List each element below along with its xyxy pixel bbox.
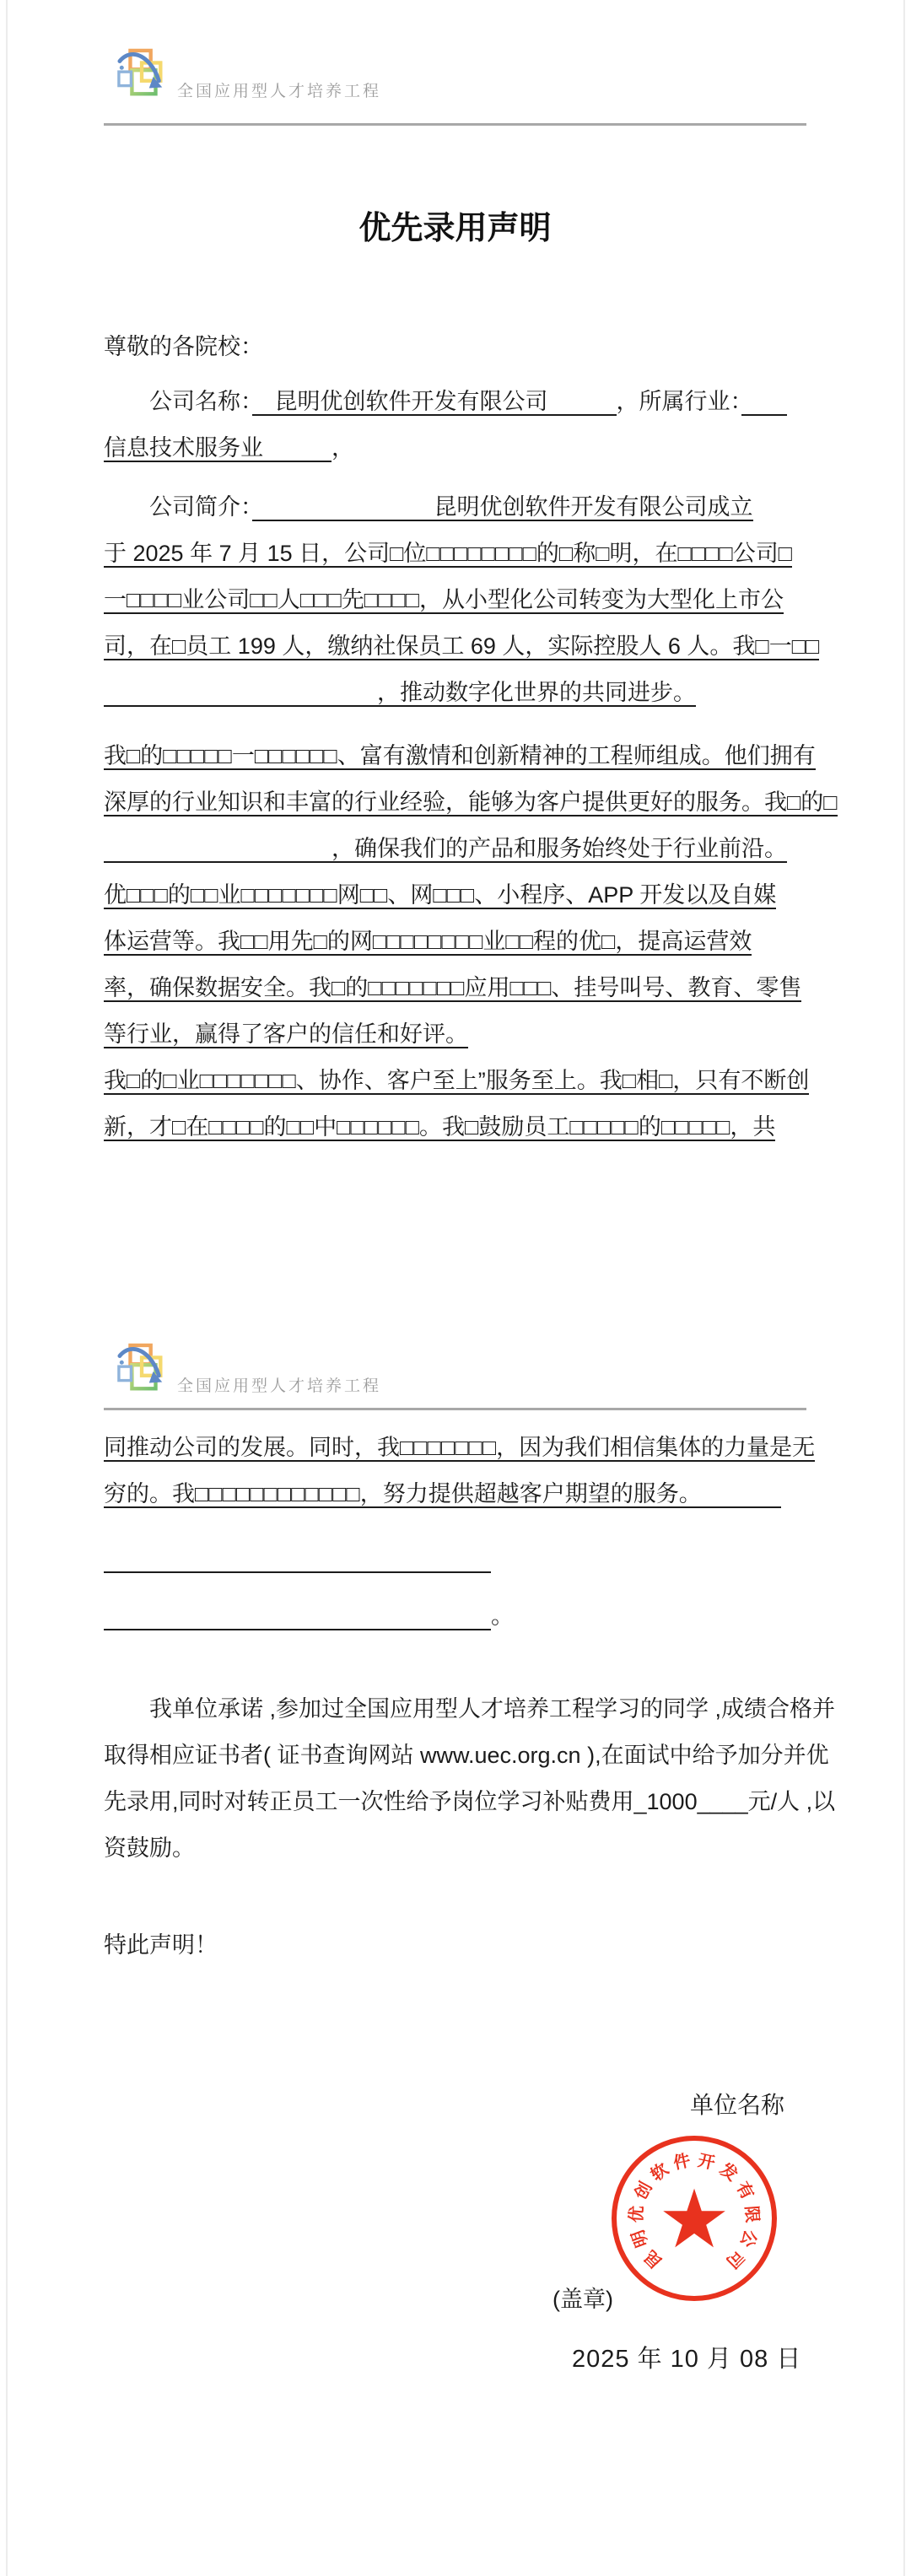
plain-text: ，所属行业：	[617, 389, 742, 414]
text-line: 公司名称： 昆明优创软件开发有限公司 ，所属行业：	[104, 379, 806, 425]
signature-block: 单位名称 ★ 昆明优创软件开发有限公司 (盖章) 2025 年 10 月 08 …	[0, 1969, 911, 2574]
text-line: 等行业，赢得了客户的信任和好评。	[104, 1011, 806, 1058]
seal-text-char: 件	[670, 2150, 694, 2175]
unit-name-label: 单位名称	[690, 2087, 784, 2121]
underlined-text: 于 2025 年 7 月 15 日，公司□位□□□□□□□□的□称□明，在□□□…	[104, 541, 792, 568]
seal-note: (盖章)	[553, 2281, 613, 2314]
underlined-text: 穷的。我□□□□□□□□□□□□，努力提供超越客户期望的服务。	[104, 1481, 781, 1508]
header-divider	[104, 1408, 806, 1410]
plain-text: 尊敬的各院校：	[104, 334, 263, 359]
text-line: 我□的□□□□□一□□□□□□、富有激情和创新精神的工程师组成。他们拥有	[104, 733, 806, 779]
text-line: 。	[104, 1593, 806, 1640]
page-header: 全国应用型人才培养工程	[116, 1342, 911, 1398]
text-line: 信息技术服务业 ，	[104, 425, 806, 472]
underlined-text	[104, 1546, 491, 1573]
underlined-text: 司，在□员工 199 人，缴纳社保员工 69 人，实际控股人 6 人。我□一□□	[104, 633, 819, 660]
closing-statement: 特此声明！	[104, 1922, 911, 1969]
text-line: 我□的□业□□□□□□□、协作、客户至上”服务至上。我□相□，只有不断创	[104, 1058, 806, 1104]
page-header: 全国应用型人才培养工程	[116, 0, 911, 103]
page-2: 全国应用型人才培养工程 同推动公司的发展。同时，我□□□□□□□，因为我们相信集…	[0, 1342, 911, 2574]
underlined-text: 信息技术服务业	[104, 435, 332, 462]
plain-text: 。	[491, 1603, 514, 1629]
plain-text: ，	[332, 435, 354, 461]
text-line: 同推动公司的发展。同时，我□□□□□□□，因为我们相信集体的力量是无	[104, 1425, 806, 1471]
document-title: 优先录用声明	[104, 210, 806, 247]
text-line: 体运营等。我□□用先□的网□□□□□□□□业□□程的优□，提高运营效	[104, 919, 806, 965]
text-line: 一□□□□业公司□□人□□□先□□□□，从小型化公司转变为大型化上市公	[104, 577, 806, 623]
header-divider	[104, 123, 806, 126]
text-line: 穷的。我□□□□□□□□□□□□，努力提供超越客户期望的服务。	[104, 1471, 806, 1517]
text-line: 优□□□的□□业□□□□□□□网□□、网□□□、小程序、APP 开发以及自媒	[104, 872, 806, 919]
underlined-text	[741, 389, 787, 416]
underlined-text: 昆明优创软件开发有限公司	[252, 389, 617, 416]
underlined-text: 昆明优创软件开发有限公司成立	[252, 494, 753, 521]
brand-name: 全国应用型人才培养工程	[177, 1373, 381, 1396]
plain-text: 先录用,同时对转正员工一次性给予岗位学习补贴费用_1000____元/人 ,以	[104, 1789, 835, 1814]
underlined-text: 优□□□的□□业□□□□□□□网□□、网□□□、小程序、APP 开发以及自媒	[104, 882, 776, 909]
text-line: 率，确保数据安全。我□的□□□□□□□应用□□□、挂号叫号、教育、零售	[104, 965, 806, 1011]
underlined-text	[104, 1603, 491, 1630]
underlined-text: ，确保我们的产品和服务始终处于行业前沿。	[104, 836, 787, 863]
text-line: 司，在□员工 199 人，缴纳社保员工 69 人，实际控股人 6 人。我□一□□	[104, 623, 806, 670]
brand-logo-icon	[116, 47, 169, 103]
text-line: 我单位承诺 ,参加过全国应用型人才培养工程学习的同学 ,成绩合格并	[104, 1686, 806, 1733]
seal-text-char: 限	[741, 2203, 763, 2225]
date-line: 2025 年 10 月 08 日	[572, 2340, 801, 2374]
text-line: 新，才□在□□□□的□□中□□□□□□。我□鼓励员工□□□□□的□□□□□，共	[104, 1104, 806, 1151]
underlined-text: 新，才□在□□□□的□□中□□□□□□。我□鼓励员工□□□□□的□□□□□，共	[104, 1114, 775, 1141]
text-line: 先录用,同时对转正员工一次性给予岗位学习补贴费用_1000____元/人 ,以	[104, 1779, 806, 1825]
text-line: 取得相应证书者( 证书查询网站 www.uec.org.cn ),在面试中给予加…	[104, 1733, 806, 1779]
underlined-text: 我□的□业□□□□□□□、协作、客户至上”服务至上。我□相□，只有不断创	[104, 1068, 809, 1095]
text-line: ，推动数字化世界的共同进步。	[104, 670, 806, 716]
plain-text: 公司名称：	[104, 389, 252, 414]
document-viewer: { "brand": { "name": "全国应用型人才培养工程" }, "d…	[0, 0, 911, 2576]
text-line	[104, 1536, 806, 1582]
text-line: 公司简介： 昆明优创软件开发有限公司成立	[104, 484, 806, 531]
page-1: 全国应用型人才培养工程 优先录用声明 尊敬的各院校： 公司名称： 昆明优创软件开…	[0, 0, 911, 1151]
plain-text: 我单位承诺 ,参加过全国应用型人才培养工程学习的同学 ,成绩合格并	[104, 1696, 835, 1722]
company-seal: ★ 昆明优创软件开发有限公司	[612, 2136, 777, 2301]
seal-text-char: 开	[694, 2150, 719, 2175]
plain-text: 取得相应证书者( 证书查询网站 www.uec.org.cn ),在面试中给予加…	[104, 1743, 829, 1768]
text-line: 尊敬的各院校：	[104, 324, 806, 370]
text-line: 深厚的行业知识和丰富的行业经验，能够为客户提供更好的服务。我□的□	[104, 779, 806, 826]
underlined-text: 体运营等。我□□用先□的网□□□□□□□□业□□程的优□，提高运营效	[104, 929, 752, 956]
underlined-text: ，推动数字化世界的共同进步。	[104, 680, 696, 707]
seal-text-char: 优	[626, 2203, 648, 2225]
plain-text: 公司简介：	[104, 494, 252, 520]
text-line: 资鼓励。	[104, 1825, 806, 1872]
underlined-text: 等行业，赢得了客户的信任和好评。	[104, 1021, 468, 1048]
underlined-text: 深厚的行业知识和丰富的行业经验，能够为客户提供更好的服务。我□的□	[104, 790, 838, 816]
underlined-text: 率，确保数据安全。我□的□□□□□□□应用□□□、挂号叫号、教育、零售	[104, 975, 801, 1002]
plain-text: 资鼓励。	[104, 1835, 195, 1861]
page1-body: 尊敬的各院校： 公司名称： 昆明优创软件开发有限公司 ，所属行业： 信息技术服务…	[104, 324, 806, 1151]
text-line: ，确保我们的产品和服务始终处于行业前沿。	[104, 826, 806, 872]
brand-name: 全国应用型人才培养工程	[177, 78, 381, 101]
underlined-text: 同推动公司的发展。同时，我□□□□□□□，因为我们相信集体的力量是无	[104, 1435, 815, 1462]
underlined-text: 一□□□□业公司□□人□□□先□□□□，从小型化公司转变为大型化上市公	[104, 587, 784, 614]
brand-logo-icon	[116, 1342, 169, 1398]
page2-body: 同推动公司的发展。同时，我□□□□□□□，因为我们相信集体的力量是无穷的。我□□…	[104, 1425, 806, 1872]
underlined-text: 我□的□□□□□一□□□□□□、富有激情和创新精神的工程师组成。他们拥有	[104, 743, 816, 770]
text-line: 于 2025 年 7 月 15 日，公司□位□□□□□□□□的□称□明，在□□□…	[104, 531, 806, 577]
